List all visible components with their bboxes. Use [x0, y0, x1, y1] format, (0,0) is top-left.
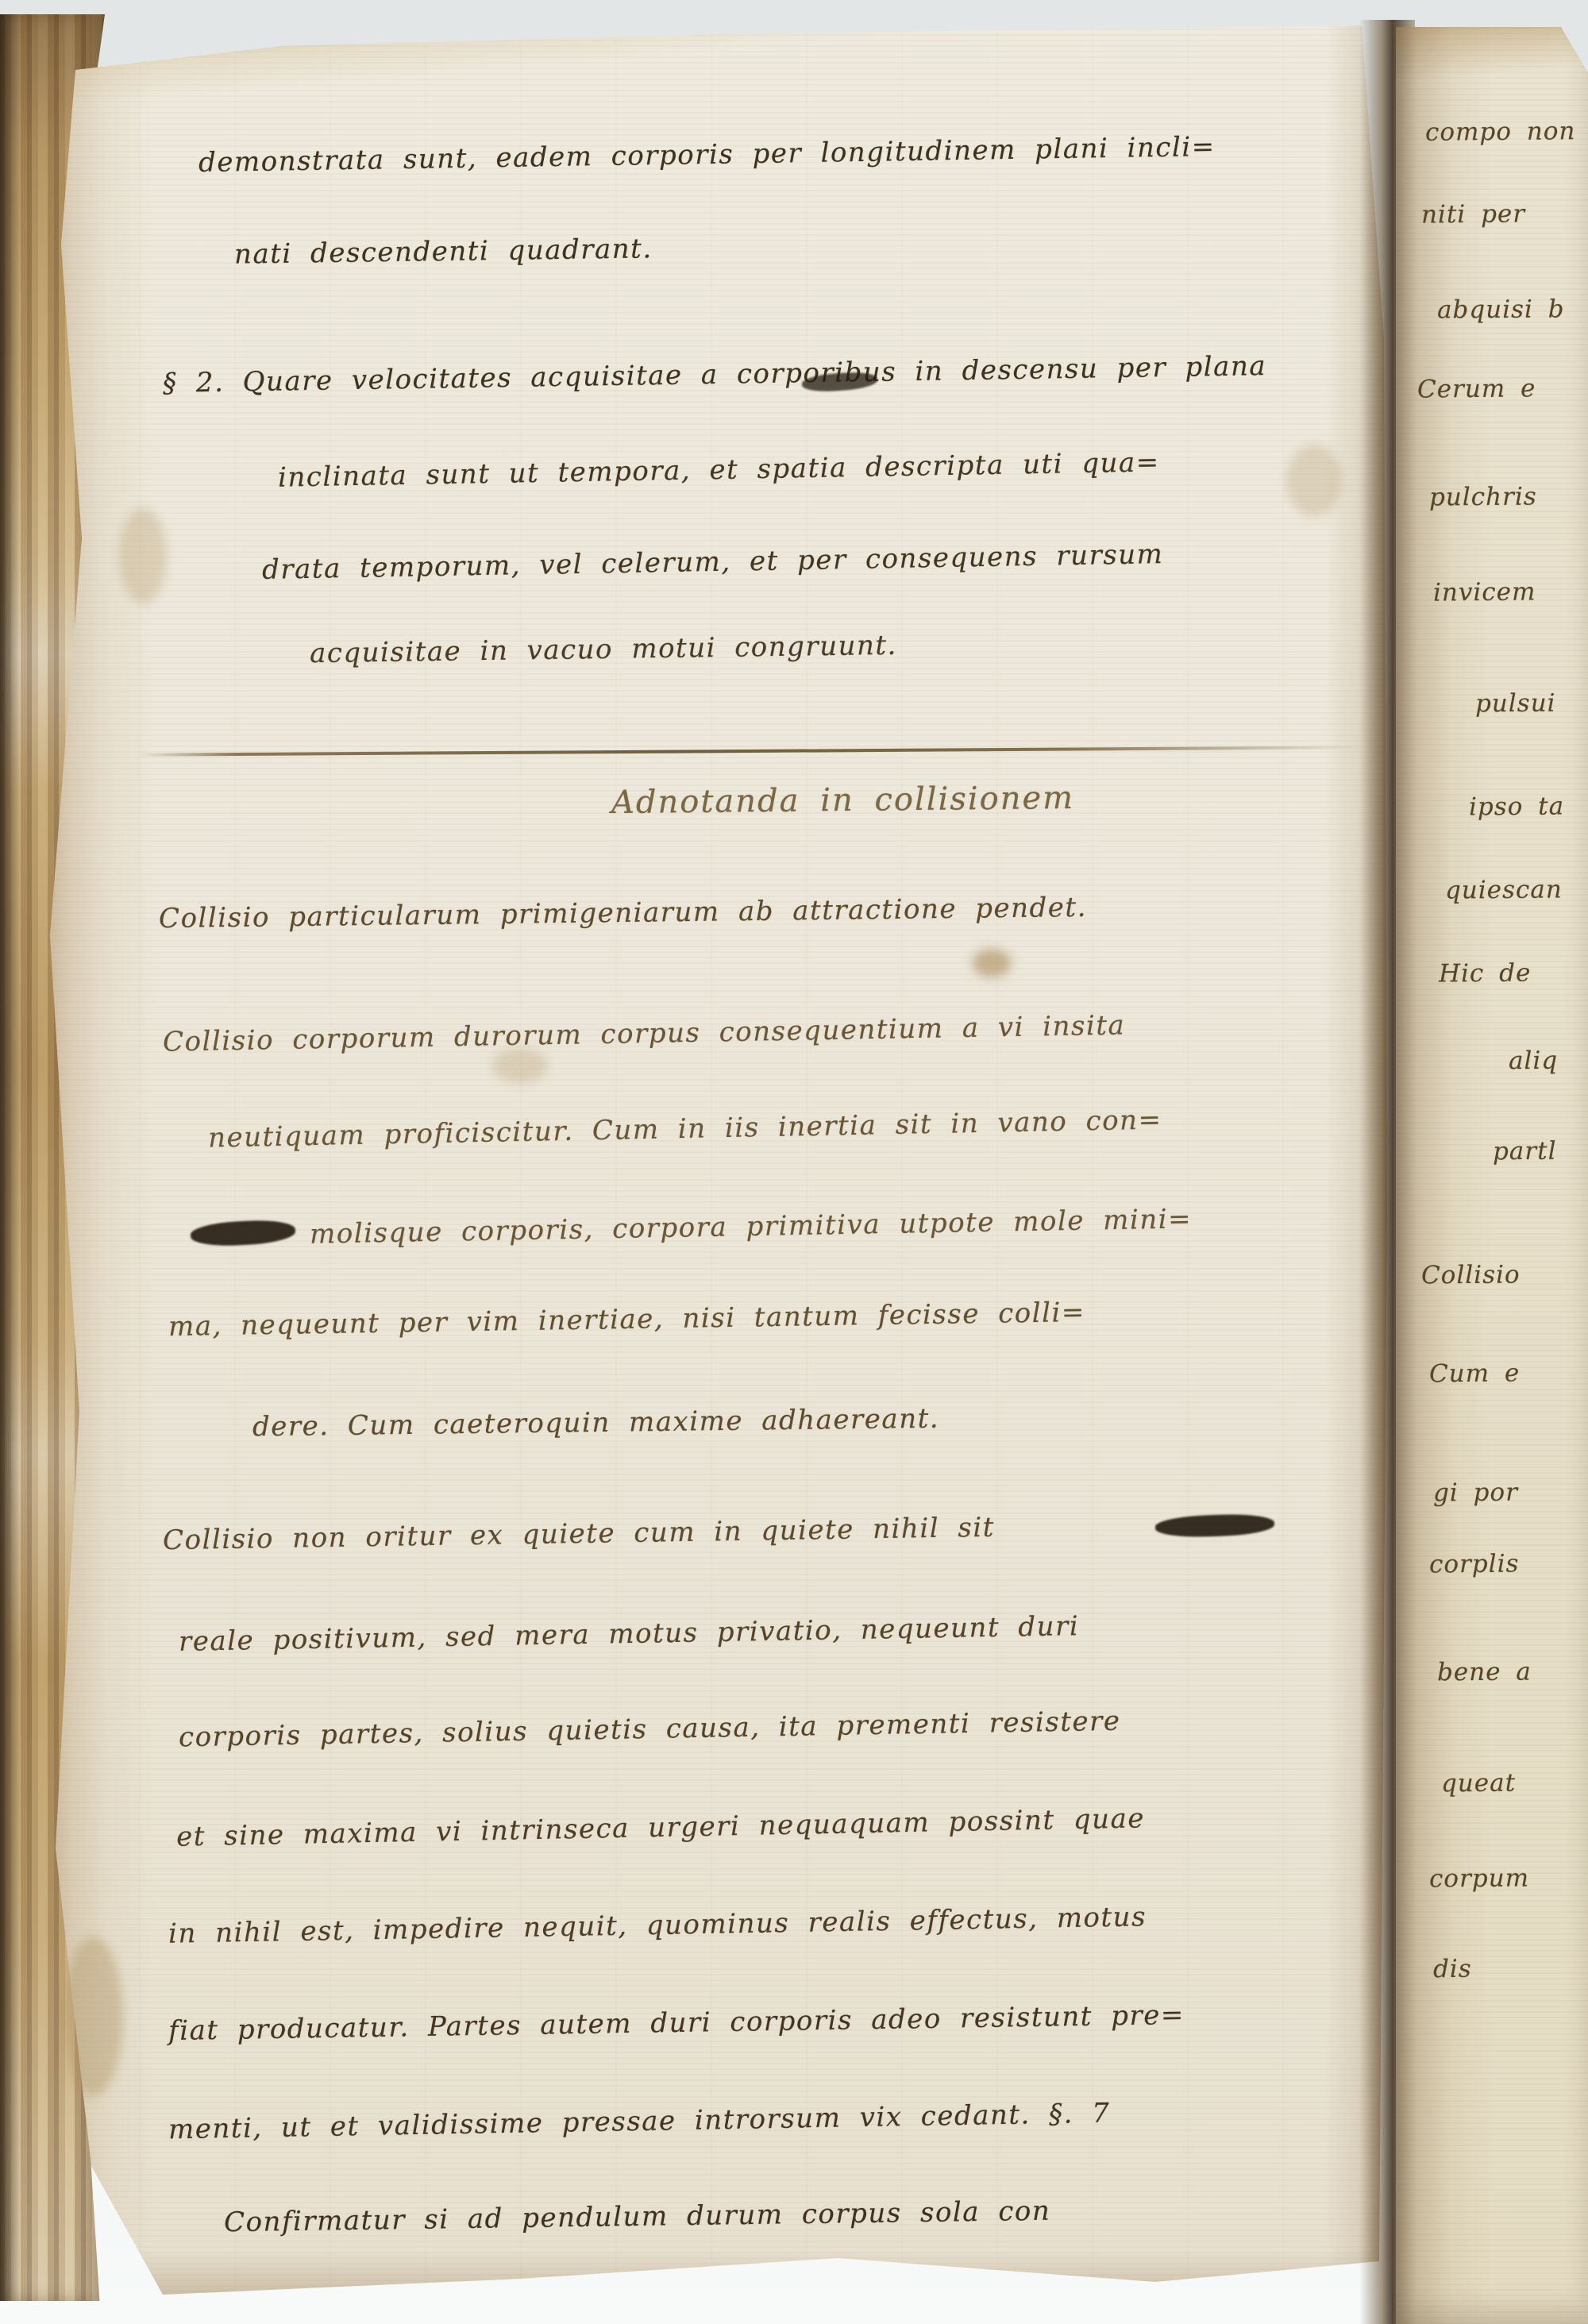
- spine-shadow: [0, 14, 21, 2301]
- right-page-line: aliq: [1509, 1046, 1558, 1075]
- right-page-line: pulchris: [1429, 483, 1537, 512]
- right-page-line: quiescan: [1445, 875, 1563, 904]
- stain: [973, 949, 1011, 977]
- right-page-line: compo non: [1425, 117, 1576, 147]
- right-page-line: corplis: [1429, 1550, 1520, 1579]
- right-page: [1396, 27, 1588, 2324]
- right-page-line: bene a: [1437, 1658, 1532, 1687]
- right-page-line: Hic de: [1439, 958, 1532, 988]
- right-page-line: Cerum e: [1417, 374, 1536, 403]
- right-page-line: corpum: [1429, 1864, 1529, 1894]
- manuscript-photo: demonstrata sunt, eadem corporis per lon…: [0, 0, 1588, 2324]
- right-page-line: Collisio: [1421, 1261, 1521, 1290]
- right-page-line: Cum e: [1429, 1359, 1521, 1389]
- right-page-line: queat: [1441, 1769, 1516, 1798]
- right-page-line: abquisi b: [1437, 295, 1565, 324]
- right-page-line: invicem: [1433, 577, 1536, 607]
- manuscript-line: nati descendenti quadrant.: [234, 233, 653, 270]
- stain: [119, 508, 167, 603]
- right-page-line: ipso ta: [1469, 792, 1564, 821]
- stain: [492, 1048, 548, 1083]
- right-page-line: partl: [1493, 1137, 1557, 1166]
- section-heading: Adnotanda in collisionem: [611, 780, 1075, 821]
- stain: [1286, 445, 1342, 516]
- stain: [64, 1937, 123, 2096]
- right-page-line: pulsui: [1475, 689, 1556, 719]
- right-page-line: niti per: [1421, 199, 1525, 229]
- right-page-line: dis: [1433, 1955, 1472, 1983]
- right-page-line: gi por: [1433, 1478, 1518, 1508]
